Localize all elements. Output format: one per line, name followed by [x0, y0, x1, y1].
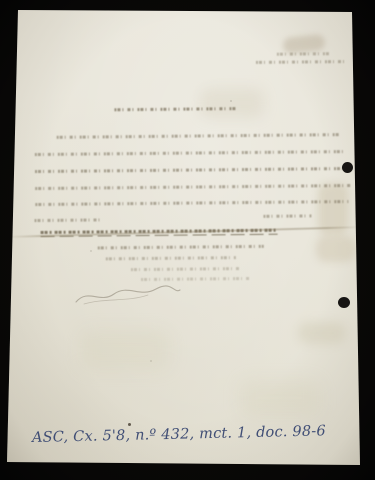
- typed-body-line-illegible: [57, 133, 340, 140]
- scan-background: ASC, Cx. 5'8, n.º 432, mct. 1, doc. 98-6: [0, 0, 375, 480]
- typed-body-line-illegible: [34, 218, 100, 223]
- typewritten-text-block: [0, 0, 375, 480]
- dust-speck: [150, 360, 152, 362]
- punch-hole-top: [342, 162, 353, 173]
- typed-closing-line-illegible: [98, 245, 264, 251]
- typed-body-line-illegible: [35, 150, 347, 157]
- edge-speck: [359, 49, 361, 51]
- typed-body-line-illegible: [35, 184, 350, 191]
- typed-closing-line-illegible: [131, 267, 241, 272]
- edge-speck: [358, 41, 360, 44]
- pencil-signature-scribble: [70, 282, 185, 308]
- typed-body-line-illegible: [35, 167, 350, 174]
- dust-speck: [90, 250, 92, 252]
- typed-salutation-illegible: [114, 107, 236, 112]
- typed-body-line-illegible: [35, 200, 348, 207]
- typed-closing-line-illegible: [106, 256, 236, 261]
- dust-speck: [230, 100, 232, 102]
- edge-speck: [357, 33, 359, 35]
- edge-speck: [357, 57, 359, 59]
- punch-hole-bottom: [338, 297, 350, 308]
- typed-header-line-illegible: [277, 52, 331, 56]
- dust-speck: [128, 423, 131, 426]
- letter-paper: ASC, Cx. 5'8, n.º 432, mct. 1, doc. 98-6: [0, 0, 375, 480]
- typed-body-line-illegible: [263, 214, 312, 218]
- typed-header-line-illegible: [256, 60, 347, 64]
